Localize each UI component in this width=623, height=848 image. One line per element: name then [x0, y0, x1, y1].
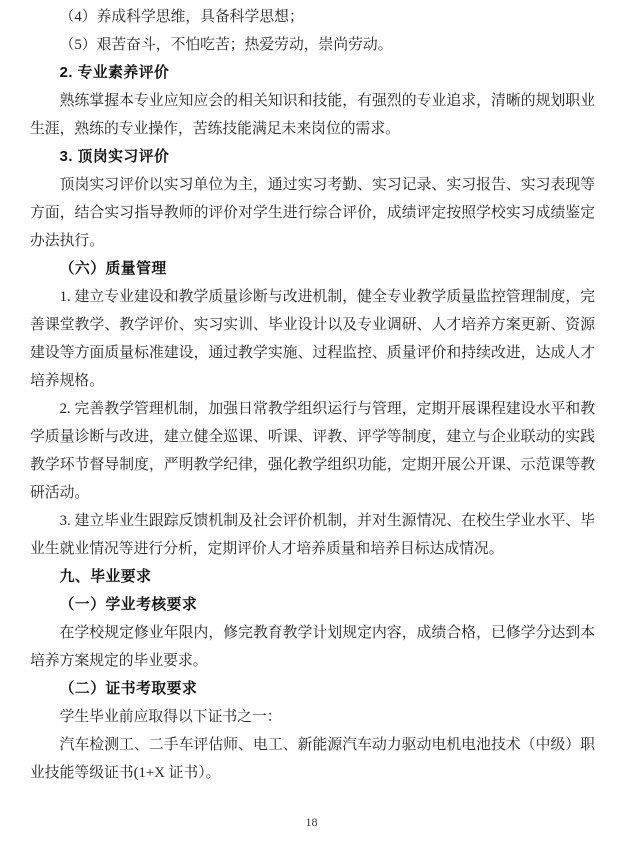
- heading-academic-assessment-requirements: （一）学业考核要求: [30, 591, 595, 619]
- paragraph-academic-assessment-requirements: 在学校规定修业年限内，修完教育教学计划规定内容，成绩合格，已修学分达到本培养方案…: [30, 619, 595, 675]
- paragraph-professional-quality-evaluation: 熟练掌握本专业应知应会的相关知识和技能，有强烈的专业追求，清晰的规划职业生涯，熟…: [30, 87, 595, 143]
- heading-internship-evaluation: 3. 顶岗实习评价: [30, 143, 595, 171]
- paragraph-quality-management-2: 2. 完善教学管理机制，加强日常教学组织运行与管理，定期开展课程建设水平和教学质…: [30, 395, 595, 507]
- paragraph-certificate-intro: 学生毕业前应取得以下证书之一：: [30, 703, 595, 731]
- paragraph-quality-management-1: 1. 建立专业建设和教学质量诊断与改进机制，健全专业教学质量监控管理制度，完善课…: [30, 283, 595, 395]
- list-item-5: （5）艰苦奋斗，不怕吃苦；热爱劳动，崇尚劳动。: [30, 31, 595, 59]
- document-page: （4）养成科学思维，具备科学思想； （5）艰苦奋斗，不怕吃苦；热爱劳动，崇尚劳动…: [0, 0, 623, 848]
- paragraph-quality-management-3: 3. 建立毕业生跟踪反馈机制及社会评价机制，并对生源情况、在校生学业水平、毕业生…: [30, 507, 595, 563]
- heading-professional-quality-evaluation: 2. 专业素养评价: [30, 59, 595, 87]
- paragraph-internship-evaluation: 顶岗实习评价以实习单位为主，通过实习考勤、实习记录、实习报告、实习表现等方面，结…: [30, 171, 595, 255]
- page-number: 18: [0, 815, 623, 830]
- heading-quality-management: （六）质量管理: [30, 255, 595, 283]
- heading-certificate-requirements: （二）证书考取要求: [30, 675, 595, 703]
- heading-graduation-requirements: 九、毕业要求: [30, 563, 595, 591]
- document-body: （4）养成科学思维，具备科学思想； （5）艰苦奋斗，不怕吃苦；热爱劳动，崇尚劳动…: [30, 3, 595, 787]
- paragraph-certificate-list: 汽车检测工、二手车评估师、电工、新能源汽车动力驱动电机电池技术（中级）职业技能等…: [30, 731, 595, 787]
- list-item-4: （4）养成科学思维，具备科学思想；: [30, 3, 595, 31]
